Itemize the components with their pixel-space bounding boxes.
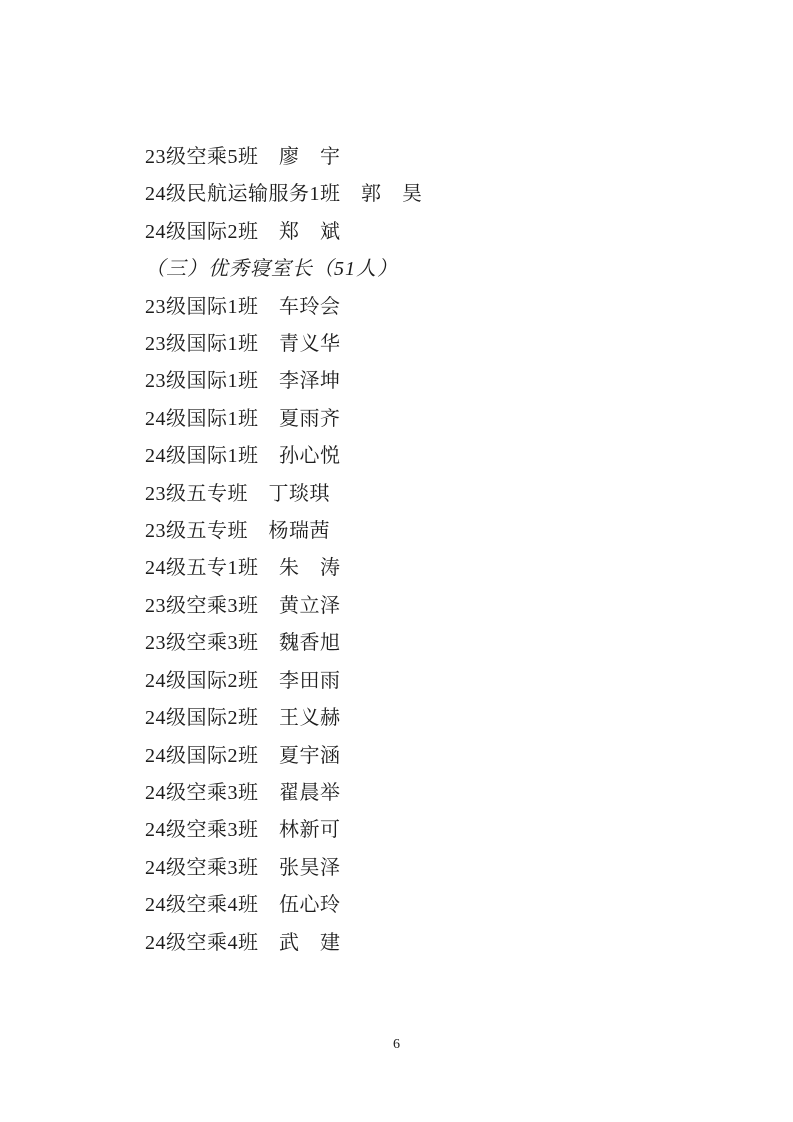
list-item: 24级国际1班 孙心悦 — [145, 438, 743, 475]
list-item: 24级国际2班 郑 斌 — [145, 214, 743, 251]
list-item: 23级空乘5班 廖 宇 — [145, 139, 743, 176]
list-item: 24级空乘3班 张昊泽 — [145, 850, 743, 887]
section-heading: （三）优秀寝室长（51人） — [145, 251, 743, 288]
list-item: 23级五专班 杨瑞茜 — [145, 513, 743, 550]
list-item: 24级空乘4班 伍心玲 — [145, 887, 743, 924]
list-item: 23级空乘3班 魏香旭 — [145, 625, 743, 662]
list-item: 24级空乘4班 武 建 — [145, 925, 743, 962]
list-item: 23级国际1班 车玲会 — [145, 289, 743, 326]
document-page: 23级空乘5班 廖 宇 24级民航运输服务1班 郭 昊 24级国际2班 郑 斌 … — [0, 0, 793, 1122]
page-number: 6 — [0, 1037, 793, 1053]
list-item: 24级空乘3班 翟晨举 — [145, 775, 743, 812]
list-item: 24级空乘3班 林新可 — [145, 812, 743, 849]
list-item: 24级国际2班 夏宇涵 — [145, 738, 743, 775]
list-item: 24级国际2班 李田雨 — [145, 663, 743, 700]
list-item: 24级国际1班 夏雨齐 — [145, 401, 743, 438]
list-item: 23级国际1班 青义华 — [145, 326, 743, 363]
list-item: 23级国际1班 李泽坤 — [145, 363, 743, 400]
list-item: 24级国际2班 王义赫 — [145, 700, 743, 737]
list-item: 23级五专班 丁琰琪 — [145, 476, 743, 513]
list-item: 23级空乘3班 黄立泽 — [145, 588, 743, 625]
list-item: 24级五专1班 朱 涛 — [145, 550, 743, 587]
list-item: 24级民航运输服务1班 郭 昊 — [145, 176, 743, 213]
award-list: 23级空乘5班 廖 宇 24级民航运输服务1班 郭 昊 24级国际2班 郑 斌 … — [145, 139, 743, 962]
